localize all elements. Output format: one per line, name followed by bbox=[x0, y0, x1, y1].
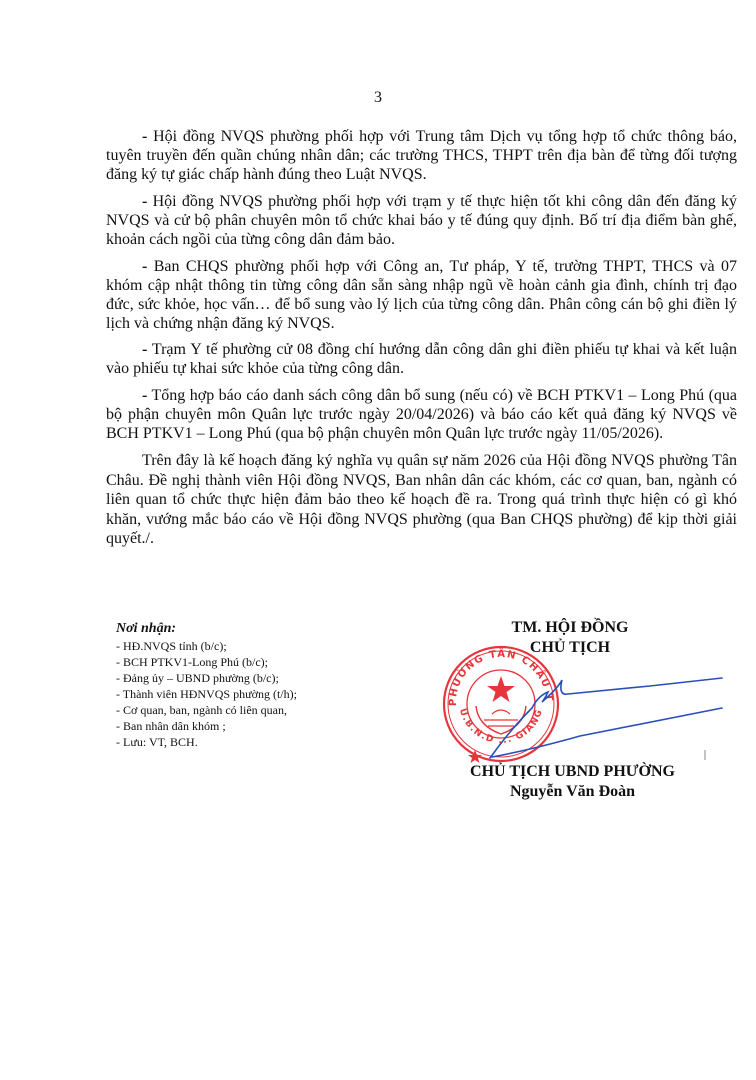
paragraph-3: - Ban CHQS phường phối hợp với Công an, … bbox=[106, 257, 737, 333]
svg-text:U.B.N.D ... GIANG: U.B.N.D ... GIANG bbox=[457, 708, 545, 746]
recipients-title: Nơi nhận: bbox=[116, 621, 297, 637]
paragraph-1: - Hội đồng NVQS phường phối hợp với Trun… bbox=[106, 127, 737, 184]
page-number: 3 bbox=[0, 89, 756, 107]
stamp-and-signature: PHƯỜNG TÂN CHÂU T. U.B.N.D ... GIANG bbox=[440, 640, 730, 765]
conclusion-paragraph: Trên đây là kế hoạch đăng ký nghĩa vụ qu… bbox=[106, 451, 737, 549]
recipient-item: - HĐ.NVQS tỉnh (b/c); bbox=[116, 638, 297, 654]
signer-name: Nguyễn Văn Đoàn bbox=[400, 782, 745, 802]
recipient-item: - Lưu: VT, BCH. bbox=[116, 734, 297, 750]
recipient-item: - BCH PTKV1-Long Phú (b/c); bbox=[116, 654, 297, 670]
signer-position: CHỦ TỊCH UBND PHƯỜNG bbox=[400, 762, 745, 782]
paragraph-2: - Hội đồng NVQS phường phối hợp với trạm… bbox=[106, 192, 737, 249]
document-body: - Hội đồng NVQS phường phối hợp với Trun… bbox=[106, 127, 737, 557]
signature-line-1: TM. HỘI ĐỒNG bbox=[420, 618, 720, 638]
recipients-block: Nơi nhận: - HĐ.NVQS tỉnh (b/c); - BCH PT… bbox=[116, 621, 297, 750]
recipient-item: - Cơ quan, ban, ngành có liên quan, bbox=[116, 702, 297, 718]
recipient-item: - Đảng ủy – UBND phường (b/c); bbox=[116, 670, 297, 686]
recipient-item: - Thành viên HĐNVQS phường (t/h); bbox=[116, 686, 297, 702]
recipient-item: - Ban nhân dân khóm ; bbox=[116, 718, 297, 734]
paragraph-5: - Tổng hợp báo cáo danh sách công dân bổ… bbox=[106, 386, 737, 443]
paragraph-4: - Trạm Y tế phường cử 08 đồng chí hướng … bbox=[106, 340, 737, 378]
